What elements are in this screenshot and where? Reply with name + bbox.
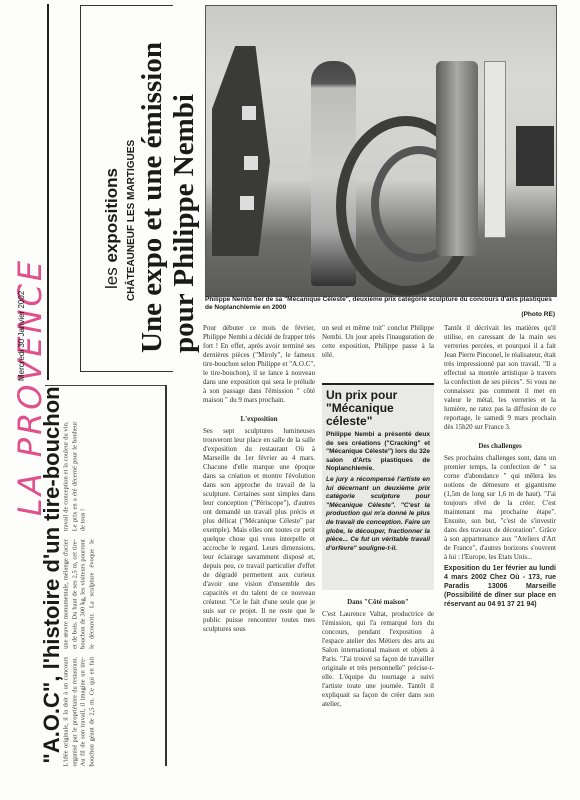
headline-line-1: Une expo et une émission (136, 33, 170, 353)
rubric-label: expositions (102, 168, 121, 262)
sculpture-window (242, 106, 256, 120)
section-rubric: les expositions (102, 69, 128, 289)
column-3: Tantôt il décrivait les matières qu'il u… (444, 324, 556, 611)
rubric-prefix: les (102, 267, 121, 289)
exhibition-info: Exposition du 1er février au lundi 4 mar… (444, 564, 556, 609)
subhead-exposition: L'exposition (203, 415, 315, 424)
subhead-challenges: Des challenges (444, 442, 556, 451)
challenges-paragraph: Ses prochains challenges sont, dans un p… (444, 454, 556, 562)
prize-box-body-2: Le jury a récompensé l'artiste en lui dé… (326, 476, 430, 553)
column-sculpture (436, 61, 478, 256)
photo-credit: (Photo RE) (521, 311, 555, 318)
sidebar-article-body: L'idée originale, il la doit à un concou… (63, 422, 143, 767)
photo-caption: Philippe Nembi fier de sa "Mécanique Cél… (205, 296, 557, 312)
sculpture-photo (205, 5, 557, 297)
headline-line-2: pour Philippe Nembi (168, 33, 200, 353)
sidebar-article: "A.O.C", l'histoire d'un tire-bouchon L'… (45, 385, 167, 766)
intro-paragraph: Pour débuter ce mois de février, Philipp… (203, 324, 315, 405)
column-2-lead: un seul et même toit" conclut Philippe N… (322, 324, 434, 360)
headline-box: les expositions CHÂTEAUNEUF LES MARTIGUE… (80, 5, 173, 372)
column-1: Pour débuter ce mois de février, Philipp… (203, 324, 315, 636)
prize-box: Un prix pour "Mécanique céleste" Philipp… (322, 383, 434, 590)
prize-box-body-1: Philippe Nembi a présenté deux de ses cr… (326, 431, 430, 474)
subhead-cote-maison: Dans "Côté maison" (322, 598, 434, 607)
doorway (484, 61, 506, 238)
window (516, 126, 554, 186)
sculpture-window (240, 196, 254, 210)
exposition-paragraph: Ses sept sculptures lumineuses trouveron… (203, 427, 315, 634)
prize-box-title: Un prix pour "Mécanique céleste" (326, 389, 430, 428)
column-2-bottom: Dans "Côté maison" C'est Laurence Valtat… (322, 598, 434, 711)
rotated-left-region: LA PROVENCE Mercredi 30 Janvier 2002 les… (0, 0, 200, 800)
divider-rule (47, 4, 49, 380)
dateline: Mercredi 30 Janvier 2002 (17, 211, 29, 381)
column-3-lead: Tantôt il décrivait les matières qu'il u… (444, 324, 556, 432)
tall-sculpture (212, 46, 270, 256)
column-2-top: un seul et même toit" conclut Philippe N… (322, 324, 434, 362)
sculpture-window (244, 156, 258, 170)
cote-maison-paragraph: C'est Laurence Valtat, productrice de l'… (322, 610, 434, 709)
